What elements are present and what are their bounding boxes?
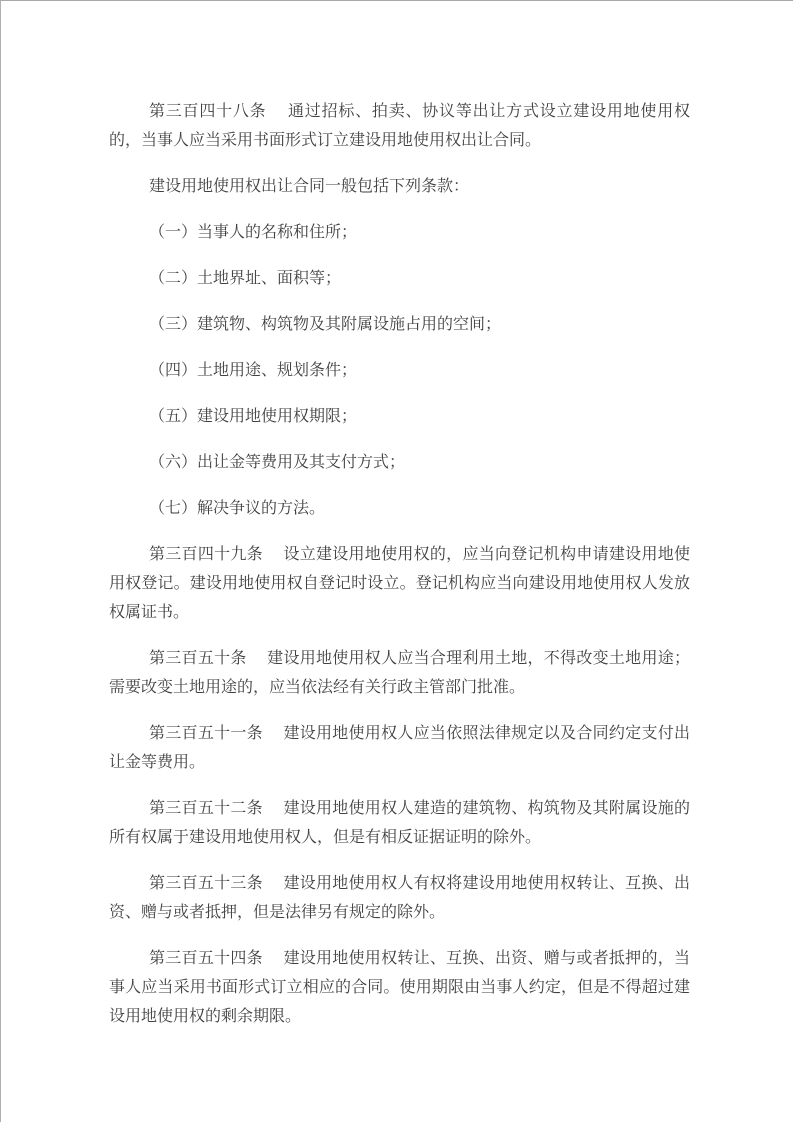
article-348-paragraph: 第三百四十八条 通过招标、拍卖、协议等出让方式设立建设用地使用权的，当事人应当采… [109, 97, 690, 155]
article-353-paragraph: 第三百五十三条 建设用地使用权人有权将建设用地使用权转让、互换、出资、赠与或者抵… [109, 869, 690, 927]
document-body: 第三百四十八条 通过招标、拍卖、协议等出让方式设立建设用地使用权的，当事人应当采… [109, 97, 690, 1031]
contract-clauses-intro: 建设用地使用权出让合同一般包括下列条款： [109, 172, 690, 201]
article-354-paragraph: 第三百五十四条 建设用地使用权转让、互换、出资、赠与或者抵押的，当事人应当采用书… [109, 944, 690, 1031]
document-page: 第三百四十八条 通过招标、拍卖、协议等出让方式设立建设用地使用权的，当事人应当采… [0, 0, 793, 1122]
clause-item-4: （四）土地用途、规划条件； [109, 356, 690, 385]
article-350-paragraph: 第三百五十条 建设用地使用权人应当合理利用土地，不得改变土地用途；需要改变土地用… [109, 644, 690, 702]
clause-item-1: （一）当事人的名称和住所； [109, 218, 690, 247]
clause-item-2: （二）土地界址、面积等； [109, 264, 690, 293]
article-349-paragraph: 第三百四十九条 设立建设用地使用权的，应当向登记机构申请建设用地使用权登记。建设… [109, 540, 690, 627]
clause-item-6: （六）出让金等费用及其支付方式； [109, 448, 690, 477]
clause-item-7: （七）解决争议的方法。 [109, 494, 690, 523]
clause-item-5: （五）建设用地使用权期限； [109, 402, 690, 431]
clause-item-3: （三）建筑物、构筑物及其附属设施占用的空间； [109, 310, 690, 339]
article-351-paragraph: 第三百五十一条 建设用地使用权人应当依照法律规定以及合同约定支付出让金等费用。 [109, 719, 690, 777]
article-352-paragraph: 第三百五十二条 建设用地使用权人建造的建筑物、构筑物及其附属设施的所有权属于建设… [109, 794, 690, 852]
